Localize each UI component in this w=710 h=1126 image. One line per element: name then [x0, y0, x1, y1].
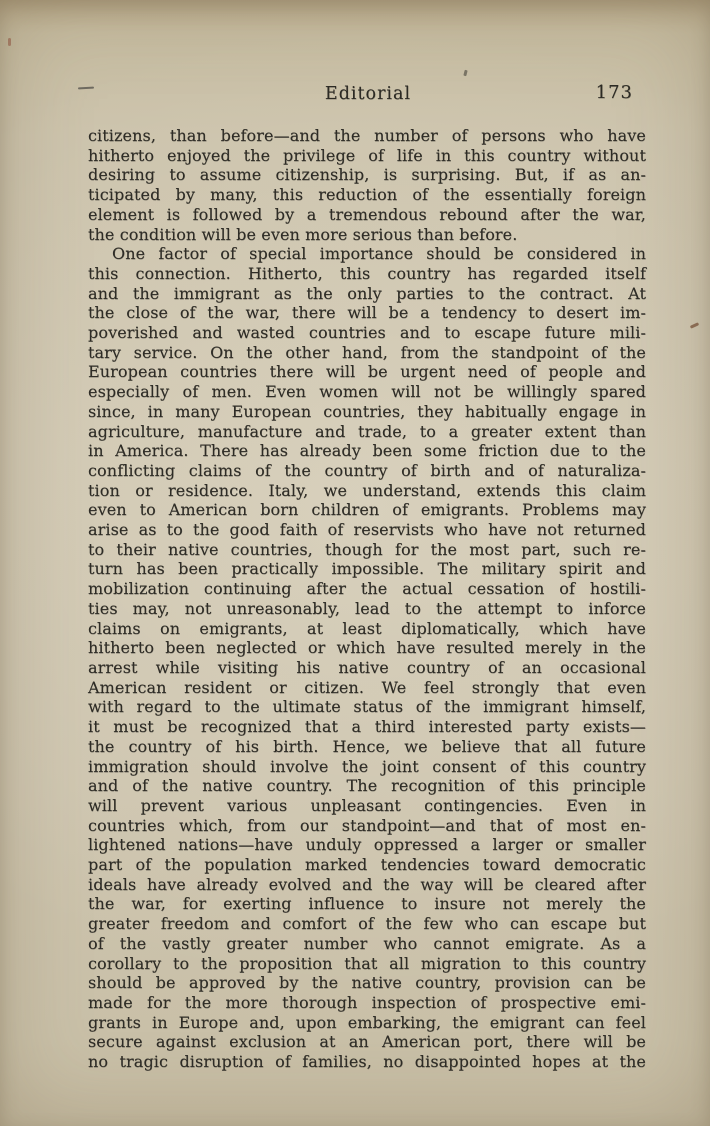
text-line: European countries there will be urgent …	[88, 362, 646, 382]
text-line: tion or residence. Italy, we understand,…	[88, 481, 646, 501]
text-line: since, in many European countries, they …	[88, 402, 646, 422]
text-line: especially of men. Even women will not b…	[88, 382, 646, 402]
text-line: in America. There has already been some …	[88, 441, 646, 461]
page-number: 173	[596, 82, 633, 103]
text-line: ideals have already evolved and the way …	[88, 875, 646, 895]
scan-speck	[690, 322, 699, 329]
text-line: poverished and wasted countries and to e…	[88, 323, 646, 343]
text-line: with regard to the ultimate status of th…	[88, 697, 646, 717]
text-line: conflicting claims of the country of bir…	[88, 461, 646, 481]
text-line: lightened nations—have unduly oppressed …	[88, 835, 646, 855]
text-line: should be approved by the native country…	[88, 973, 646, 993]
text-line: desiring to assume citizenship, is surpr…	[88, 165, 646, 185]
text-line: grants in Europe and, upon embarking, th…	[88, 1013, 646, 1033]
text-line: to their native countries, though for th…	[88, 540, 646, 560]
text-line: agriculture, manufacture and trade, to a…	[88, 422, 646, 442]
text-line: and of the native country. The recogniti…	[88, 776, 646, 796]
text-line: the country of his birth. Hence, we beli…	[88, 737, 646, 757]
body-text: citizens, than before—and the number of …	[88, 126, 646, 1072]
running-title: Editorial	[88, 84, 648, 104]
text-line: arise as to the good faith of reservists…	[88, 520, 646, 540]
scan-fleck	[8, 38, 11, 46]
text-line: secure against exclusion at an American …	[88, 1032, 646, 1052]
text-line: hitherto been neglected or which have re…	[88, 638, 646, 658]
text-line: the close of the war, there will be a te…	[88, 303, 646, 323]
text-line: citizens, than before—and the number of …	[88, 126, 646, 146]
text-line: immigration should involve the joint con…	[88, 757, 646, 777]
page-header: Editorial 173	[88, 84, 648, 108]
text-line: even to American born children of emigra…	[88, 500, 646, 520]
text-line: corollary to the proposition that all mi…	[88, 954, 646, 974]
text-line: part of the population marked tendencies…	[88, 855, 646, 875]
text-line: the condition will be even more serious …	[88, 225, 646, 245]
text-line: tary service. On the other hand, from th…	[88, 343, 646, 363]
text-line: greater freedom and comfort of the few w…	[88, 914, 646, 934]
text-line: the war, for exerting influence to insur…	[88, 894, 646, 914]
text-line: and the immigrant as the only parties to…	[88, 284, 646, 304]
scan-tick	[463, 70, 467, 77]
text-line: this connection. Hitherto, this country …	[88, 264, 646, 284]
text-line: American resident or citizen. We feel st…	[88, 678, 646, 698]
text-line: One factor of special importance should …	[88, 244, 646, 264]
text-line: hitherto enjoyed the privilege of life i…	[88, 146, 646, 166]
text-line: mobilization continuing after the actual…	[88, 579, 646, 599]
scanned-book-page: Editorial 173 citizens, than before—and …	[0, 0, 710, 1126]
text-line: it must be recognized that a third inter…	[88, 717, 646, 737]
text-line: ties may, not unreasonably, lead to the …	[88, 599, 646, 619]
text-line: arrest while visiting his native country…	[88, 658, 646, 678]
text-line: countries which, from our standpoint—and…	[88, 816, 646, 836]
text-line: of the vastly greater number who cannot …	[88, 934, 646, 954]
text-line: claims on emigrants, at least diplomatic…	[88, 619, 646, 639]
text-line: element is followed by a tremendous rebo…	[88, 205, 646, 225]
text-line: will prevent various unpleasant continge…	[88, 796, 646, 816]
text-line: turn has been practically impossible. Th…	[88, 559, 646, 579]
text-line: ticipated by many, this reduction of the…	[88, 185, 646, 205]
text-line: made for the more thorough inspection of…	[88, 993, 646, 1013]
text-line: no tragic disruption of families, no dis…	[88, 1052, 646, 1072]
